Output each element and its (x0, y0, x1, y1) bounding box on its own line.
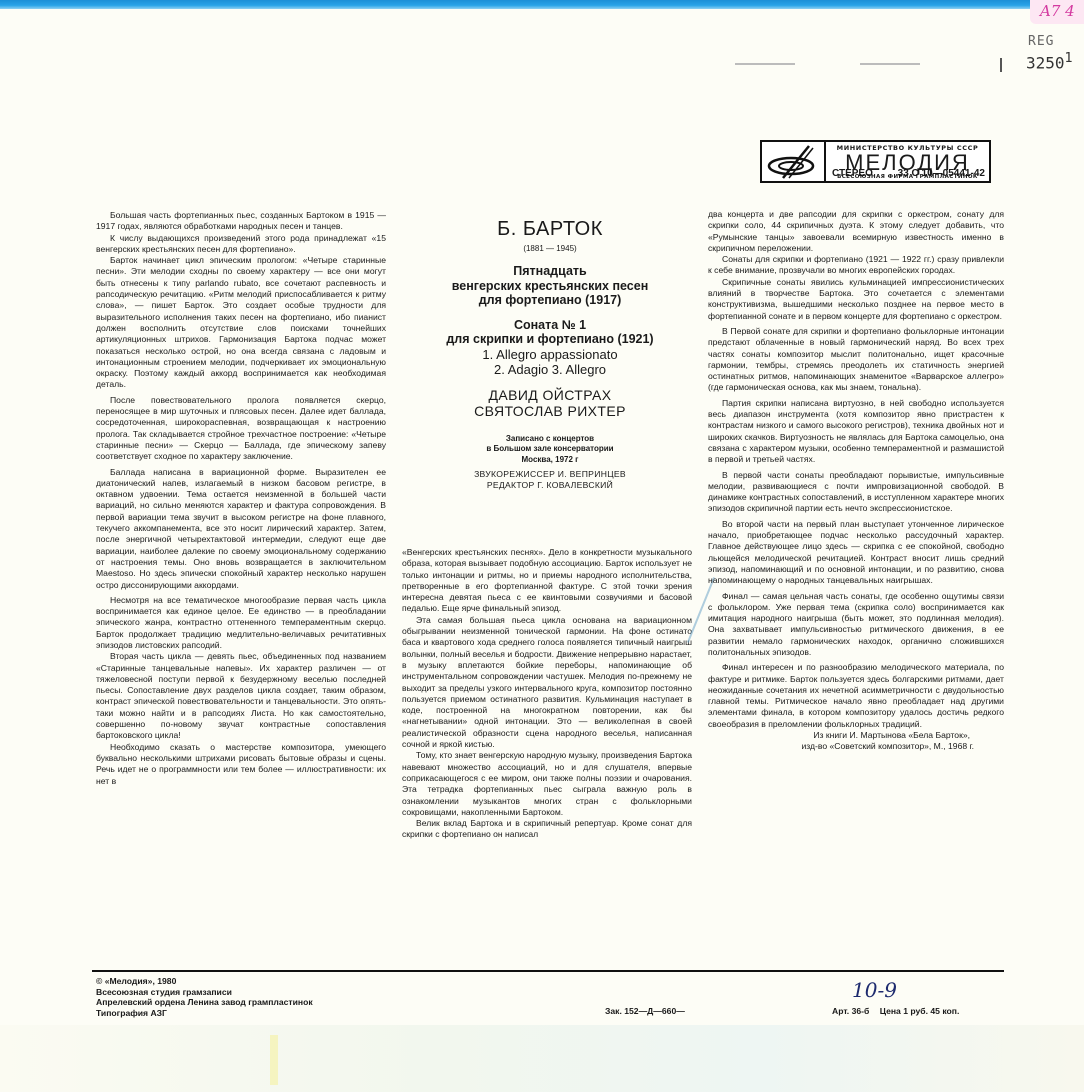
imprint: © «Мелодия», 1980 Всесоюзная студия грам… (96, 976, 313, 1018)
paragraph: Эта самая большая пьеса цикла основана н… (402, 615, 692, 751)
work-1-line: Пятнадцать (410, 264, 690, 279)
paragraph: Велик вклад Бартока и в скрипичный репер… (402, 818, 692, 841)
composer-name: Б. БАРТОК (410, 218, 690, 241)
handwritten-note: 10-9 (852, 978, 897, 1002)
paragraph: В первой части сонаты преобладают порыви… (708, 470, 1004, 515)
program-block: Б. БАРТОК (1881 — 1945) Пятнадцать венге… (410, 218, 690, 491)
paragraph: К числу выдающихся произведений этого ро… (96, 233, 386, 256)
paragraph: После повествовательного пролога появляе… (96, 395, 386, 463)
paragraph: В Первой сонате для скрипки и фортепиано… (708, 326, 1004, 394)
order-number: Зак. 152—Д—660— (605, 1006, 685, 1016)
attribution-line: изд-во «Советский композитор», М., 1968 … (708, 741, 1004, 752)
paragraph: Финал интересен и по разнообразию мелоди… (708, 662, 1004, 730)
paper-edge (0, 1025, 1084, 1092)
recording-line: Москва, 1972 г (410, 455, 690, 466)
composer-dates: (1881 — 1945) (410, 244, 690, 253)
paragraph: Сонаты для скрипки и фортепиано (1921 — … (708, 254, 1004, 277)
reg-number: 32501 (1026, 51, 1084, 72)
work-2-title: Соната № 1 для скрипки и фортепиано (192… (410, 318, 690, 347)
notes-column-right: два концерта и две рапсодии для скрипки … (708, 209, 1004, 753)
movements: 1. Allegro appassionato 2. Adagio 3. All… (410, 347, 690, 377)
imprint-line: Всесоюзная студия грамзаписи (96, 987, 313, 998)
catalog-number: 33 С 10—05441-42 (898, 168, 985, 179)
paragraph: Тому, кто знает венгерскую народную музы… (402, 750, 692, 818)
imprint-line: Апрелевский ордена Ленина завод грамплас… (96, 997, 313, 1008)
attribution-line: Из книги И. Мартынова «Бела Барток», (708, 730, 1004, 741)
paragraph: Барток начинает цикл эпическим прологом:… (96, 255, 386, 391)
credit-line: РЕДАКТОР Г. КОВАЛЕВСКИЙ (410, 480, 690, 491)
faint-rule (860, 63, 920, 65)
reg-number-sup: 1 (1065, 51, 1073, 66)
performers: ДАВИД ОЙСТРАХ СВЯТОСЛАВ РИХТЕР (410, 387, 690, 420)
paragraph: «Венгерских крестьянских песнях». Дело в… (402, 547, 692, 615)
production-credits: ЗВУКОРЕЖИССЕР И. ВЕПРИНЦЕВ РЕДАКТОР Г. К… (410, 469, 690, 491)
work-1-line: венгерских крестьянских песен (410, 279, 690, 294)
paper-stain (270, 1035, 278, 1085)
work-2-name: Соната № 1 (410, 318, 690, 333)
stamp-bar (1000, 58, 1002, 72)
top-color-band (0, 0, 1084, 9)
work-2-subtitle: для скрипки и фортепиано (1921) (410, 332, 690, 347)
movement: 2. Adagio 3. Allegro (410, 362, 690, 377)
imprint-line: © «Мелодия», 1980 (96, 976, 313, 987)
paragraph: Большая часть фортепианных пьес, созданн… (96, 210, 386, 233)
price: Цена 1 руб. 45 коп. (880, 1006, 960, 1016)
paragraph: Во второй части на первый план выступает… (708, 519, 1004, 587)
work-1-title: Пятнадцать венгерских крестьянских песен… (410, 264, 690, 308)
performer: СВЯТОСЛАВ РИХТЕР (410, 403, 690, 420)
format-label: СТЕРЕО (832, 168, 873, 179)
paragraph: Необходимо сказать о мастерстве композит… (96, 742, 386, 787)
paragraph: Баллада написана в вариационной форме. В… (96, 467, 386, 591)
recording-info: Записано с концертов в Большом зале конс… (410, 434, 690, 466)
paragraph: два концерта и две рапсодии для скрипки … (708, 209, 1004, 254)
paragraph: Вторая часть цикла — девять пьес, объеди… (96, 651, 386, 741)
reg-label: REG (1028, 34, 1084, 49)
reg-number-value: 3250 (1026, 53, 1065, 72)
notes-column-middle: «Венгерских крестьянских песнях». Дело в… (402, 547, 692, 841)
imprint-line: Типография АЗГ (96, 1008, 313, 1019)
melodiya-record-emblem-icon (762, 142, 826, 181)
notes-column-left: Большая часть фортепианных пьес, созданн… (96, 210, 386, 787)
movement: 1. Allegro appassionato (410, 347, 690, 362)
registration-stamp: REG 32501 (1010, 34, 1084, 72)
article-code: Арт. 36-б (832, 1006, 869, 1016)
work-1-line: для фортепиано (1917) (410, 293, 690, 308)
performer: ДАВИД ОЙСТРАХ (410, 387, 690, 404)
pink-sticker-tag: A7 4 (1030, 0, 1084, 24)
paragraph: Несмотря на все тематическое многообрази… (96, 595, 386, 651)
credit-line: ЗВУКОРЕЖИССЕР И. ВЕПРИНЦЕВ (410, 469, 690, 480)
footer-rule (92, 970, 1004, 972)
catalog-line: СТЕРЕО 33 С 10—05441-42 (832, 168, 985, 179)
paragraph: Скрипичные сонаты явились кульминацией и… (708, 277, 1004, 322)
faint-rule (735, 63, 795, 65)
recording-line: в Большом зале консерватории (410, 444, 690, 455)
paragraph: Партия скрипки написана виртуозно, в ней… (708, 398, 1004, 466)
recording-line: Записано с концертов (410, 434, 690, 445)
paragraph: Финал — самая цельная часть сонаты, где … (708, 591, 1004, 659)
price-line: Арт. 36-б Цена 1 руб. 45 коп. (832, 1006, 959, 1016)
